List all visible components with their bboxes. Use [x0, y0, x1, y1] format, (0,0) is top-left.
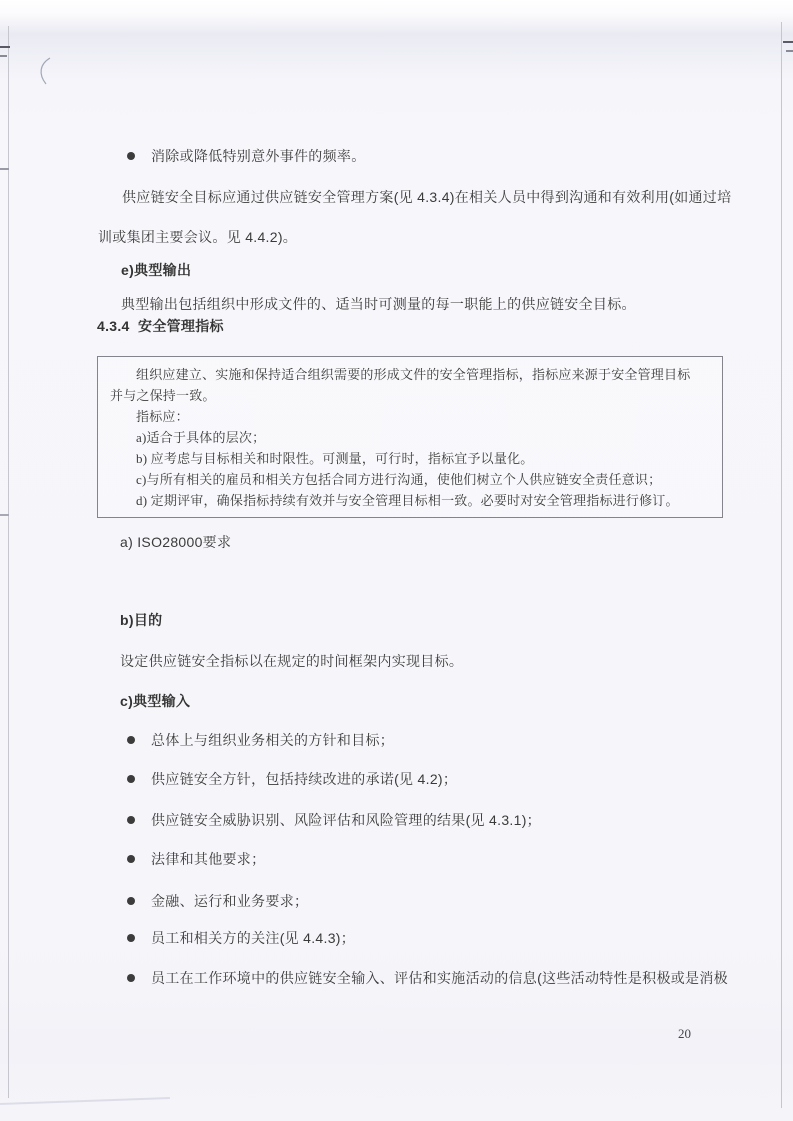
input-bullet-row: 法律和其他要求； [127, 850, 265, 868]
box-item-d: d) 定期评审，确保指标持续有效并与安全管理目标相一致。必要时对安全管理指标进行… [110, 490, 714, 511]
section-b-paragraph: 设定供应链安全指标以在规定的时间框架内实现目标。 [120, 652, 463, 670]
bullet-icon [127, 974, 135, 982]
section-c-heading: c)典型输入 [120, 692, 190, 710]
section-b-heading: b)目的 [120, 611, 162, 629]
registration-mark [786, 50, 793, 52]
scan-smudge [0, 1097, 170, 1105]
input-bullet-text: 员工在工作环境中的供应链安全输入、评估和实施活动的信息(这些活动特性是积极或是消… [151, 969, 728, 987]
section-e-heading: e)典型输出 [121, 261, 191, 279]
box-item-c: c)与所有相关的雇员和相关方包括合同方进行沟通，使他们树立个人供应链安全责任意识… [110, 469, 714, 490]
box-item-a: a)适合于具体的层次； [110, 427, 714, 448]
registration-mark [0, 514, 9, 516]
input-bullet-text: 员工和相关方的关注(见 4.4.3)； [151, 929, 355, 947]
bullet-icon [127, 855, 135, 863]
indicator-requirements-box: 组织应建立、实施和保持适合组织需要的形成文件的安全管理指标，指标应来源于安全管理… [97, 356, 723, 518]
bullet-icon [127, 816, 135, 824]
objectives-paragraph-line2: 训或集团主要会议。见 4.4.2)。 [98, 228, 297, 246]
input-bullet-row: 金融、运行和业务要求； [127, 892, 308, 910]
input-bullet-text: 总体上与组织业务相关的方针和目标； [151, 731, 394, 749]
paper-edge-right-line [781, 22, 782, 1108]
input-bullet-row: 总体上与组织业务相关的方针和目标； [127, 731, 394, 749]
box-paragraph-line1: 组织应建立、实施和保持适合组织需要的形成文件的安全管理指标，指标应来源于安全管理… [110, 364, 714, 385]
pen-mark-curve [34, 56, 54, 86]
input-bullet-text: 供应链安全方针，包括持续改进的承诺(见 4.2)； [151, 770, 457, 788]
registration-mark [0, 46, 10, 48]
page-number: 20 [678, 1026, 691, 1042]
scanned-document-page: 消除或降低特别意外事件的频率。 供应链安全目标应通过供应链安全管理方案(见 4.… [0, 0, 793, 1121]
intro-bullet-text: 消除或降低特别意外事件的频率。 [151, 147, 366, 165]
box-item-b: b) 应考虑与目标相关和时限性。可测量，可行时，指标宜予以量化。 [110, 448, 714, 469]
intro-bullet-row: 消除或降低特别意外事件的频率。 [127, 147, 366, 165]
bullet-icon [127, 152, 135, 160]
input-bullet-row: 员工和相关方的关注(见 4.4.3)； [127, 929, 355, 947]
input-bullet-row: 供应链安全威胁识别、风险评估和风险管理的结果(见 4.3.1)； [127, 811, 541, 829]
registration-mark [0, 55, 7, 57]
registration-mark [0, 168, 9, 170]
input-bullet-text: 金融、运行和业务要求； [151, 892, 308, 910]
objectives-paragraph-line1: 供应链安全目标应通过供应链安全管理方案(见 4.3.4)在相关人员中得到沟通和有… [98, 188, 731, 206]
section-4-3-4-heading: 4.3.4 安全管理指标 [97, 317, 224, 335]
box-paragraph-line2: 并与之保持一致。 [110, 385, 714, 406]
paper-edge-left-line [8, 26, 9, 1098]
bullet-icon [127, 934, 135, 942]
input-bullet-text: 供应链安全威胁识别、风险评估和风险管理的结果(见 4.3.1)； [151, 811, 541, 829]
bullet-icon [127, 897, 135, 905]
box-lead-in: 指标应： [110, 406, 714, 427]
input-bullet-row: 供应链安全方针，包括持续改进的承诺(见 4.2)； [127, 770, 457, 788]
input-bullet-text: 法律和其他要求； [151, 850, 265, 868]
section-e-paragraph: 典型输出包括组织中形成文件的、适当时可测量的每一职能上的供应链安全目标。 [121, 295, 636, 313]
section-a-heading: a) ISO28000要求 [120, 533, 231, 551]
bullet-icon [127, 736, 135, 744]
registration-mark [783, 41, 793, 43]
bullet-icon [127, 775, 135, 783]
input-bullet-row: 员工在工作环境中的供应链安全输入、评估和实施活动的信息(这些活动特性是积极或是消… [127, 969, 728, 987]
